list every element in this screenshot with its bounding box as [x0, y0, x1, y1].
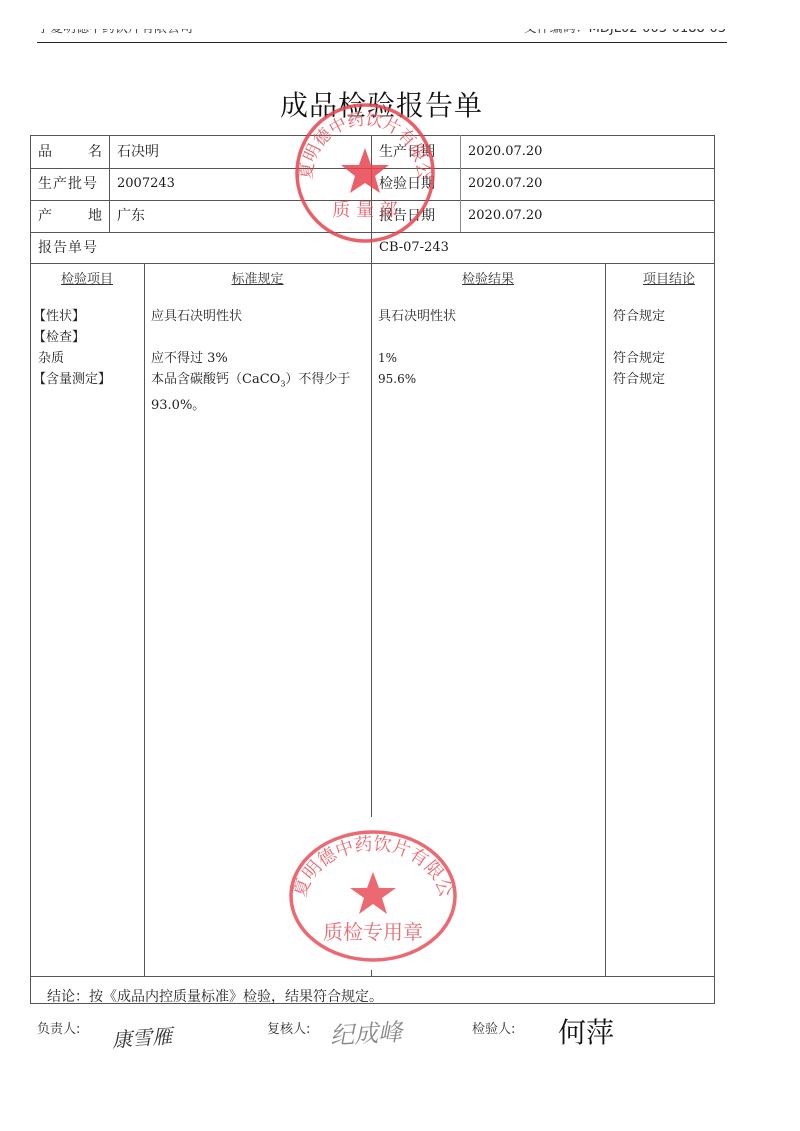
report-no-label: 报告单号	[38, 240, 98, 256]
report-date-label: 报告日期	[379, 208, 435, 224]
responsible-signature: 康雪雁	[111, 1020, 173, 1053]
batch-value: 2007243	[117, 176, 175, 192]
origin-value: 广东	[117, 208, 145, 224]
label-char: 品	[38, 144, 52, 160]
quality-inspection-seal: 宁夏明德中药饮片有限公司 质检专用章	[287, 827, 459, 965]
result-cell: 95.6%	[378, 369, 416, 390]
item-cell: 杂质	[38, 348, 64, 369]
origin-label: 产 地	[38, 208, 102, 224]
standard-cell: 应不得过 3%	[151, 348, 228, 369]
production-date-value: 2020.07.20	[468, 144, 542, 160]
result-cell: 1%	[378, 348, 397, 369]
header-rule	[37, 42, 727, 43]
product-name-value: 石决明	[117, 144, 159, 160]
label-char: 名	[88, 144, 102, 160]
inspection-date-label: 检验日期	[379, 176, 435, 192]
report-date-value: 2020.07.20	[468, 208, 542, 224]
final-conclusion: 结论：按《成品内控质量标准》检验，结果符合规定。	[47, 986, 383, 1006]
conclusion-cell: 符合规定	[613, 348, 665, 369]
report-no-value: CB-07-243	[379, 240, 449, 256]
item-cell: 【含量测定】	[33, 369, 111, 390]
item-cell: 【检查】	[33, 327, 85, 348]
inspector-label: 检验人:	[472, 1018, 515, 1037]
standard-text: 本品含碳酸钙（CaCO	[151, 372, 280, 387]
reviewer-signature: 纪成峰	[329, 1012, 403, 1051]
header-inspection-item: 检验项目	[30, 268, 144, 287]
inspector-signature: 何萍	[558, 1011, 614, 1051]
stamp-ring-text: 宁夏明德中药饮片有限公司	[287, 827, 456, 900]
document-code: 文件编码：MDJL02-003-0188-03	[524, 22, 726, 36]
standard-text: ）不得少于	[285, 372, 350, 387]
company-header: 宁夏明德中药饮片有限公司	[37, 22, 193, 36]
item-cell: 【性状】	[33, 306, 85, 327]
header-standard: 标准规定	[144, 268, 371, 287]
product-name-label: 品 名	[38, 144, 102, 160]
conclusion-cell: 符合规定	[613, 369, 665, 390]
standard-cell: 应具石决明性状	[151, 306, 242, 327]
reviewer-label: 复核人:	[267, 1018, 310, 1037]
document-title: 成品检验报告单	[0, 84, 763, 124]
stamp-center-text: 质检专用章	[323, 920, 423, 944]
header-result: 检验结果	[371, 268, 605, 287]
standard-cell: 本品含碳酸钙（CaCO3）不得少于 93.0%。	[151, 369, 371, 416]
header-conclusion: 项目结论	[605, 268, 715, 287]
star-icon	[350, 872, 396, 914]
production-date-label: 生产日期	[379, 144, 435, 160]
label-char: 地	[88, 208, 102, 224]
inspection-date-value: 2020.07.20	[468, 176, 542, 192]
result-cell: 具石决明性状	[378, 306, 456, 327]
label-char: 产	[38, 208, 52, 224]
conclusion-cell: 符合规定	[613, 306, 665, 327]
svg-text:宁夏明德中药饮片有限公司: 宁夏明德中药饮片有限公司	[287, 827, 456, 900]
responsible-label: 负责人:	[37, 1018, 80, 1037]
standard-text: 93.0%。	[151, 398, 205, 413]
batch-label: 生产批号	[38, 176, 98, 192]
